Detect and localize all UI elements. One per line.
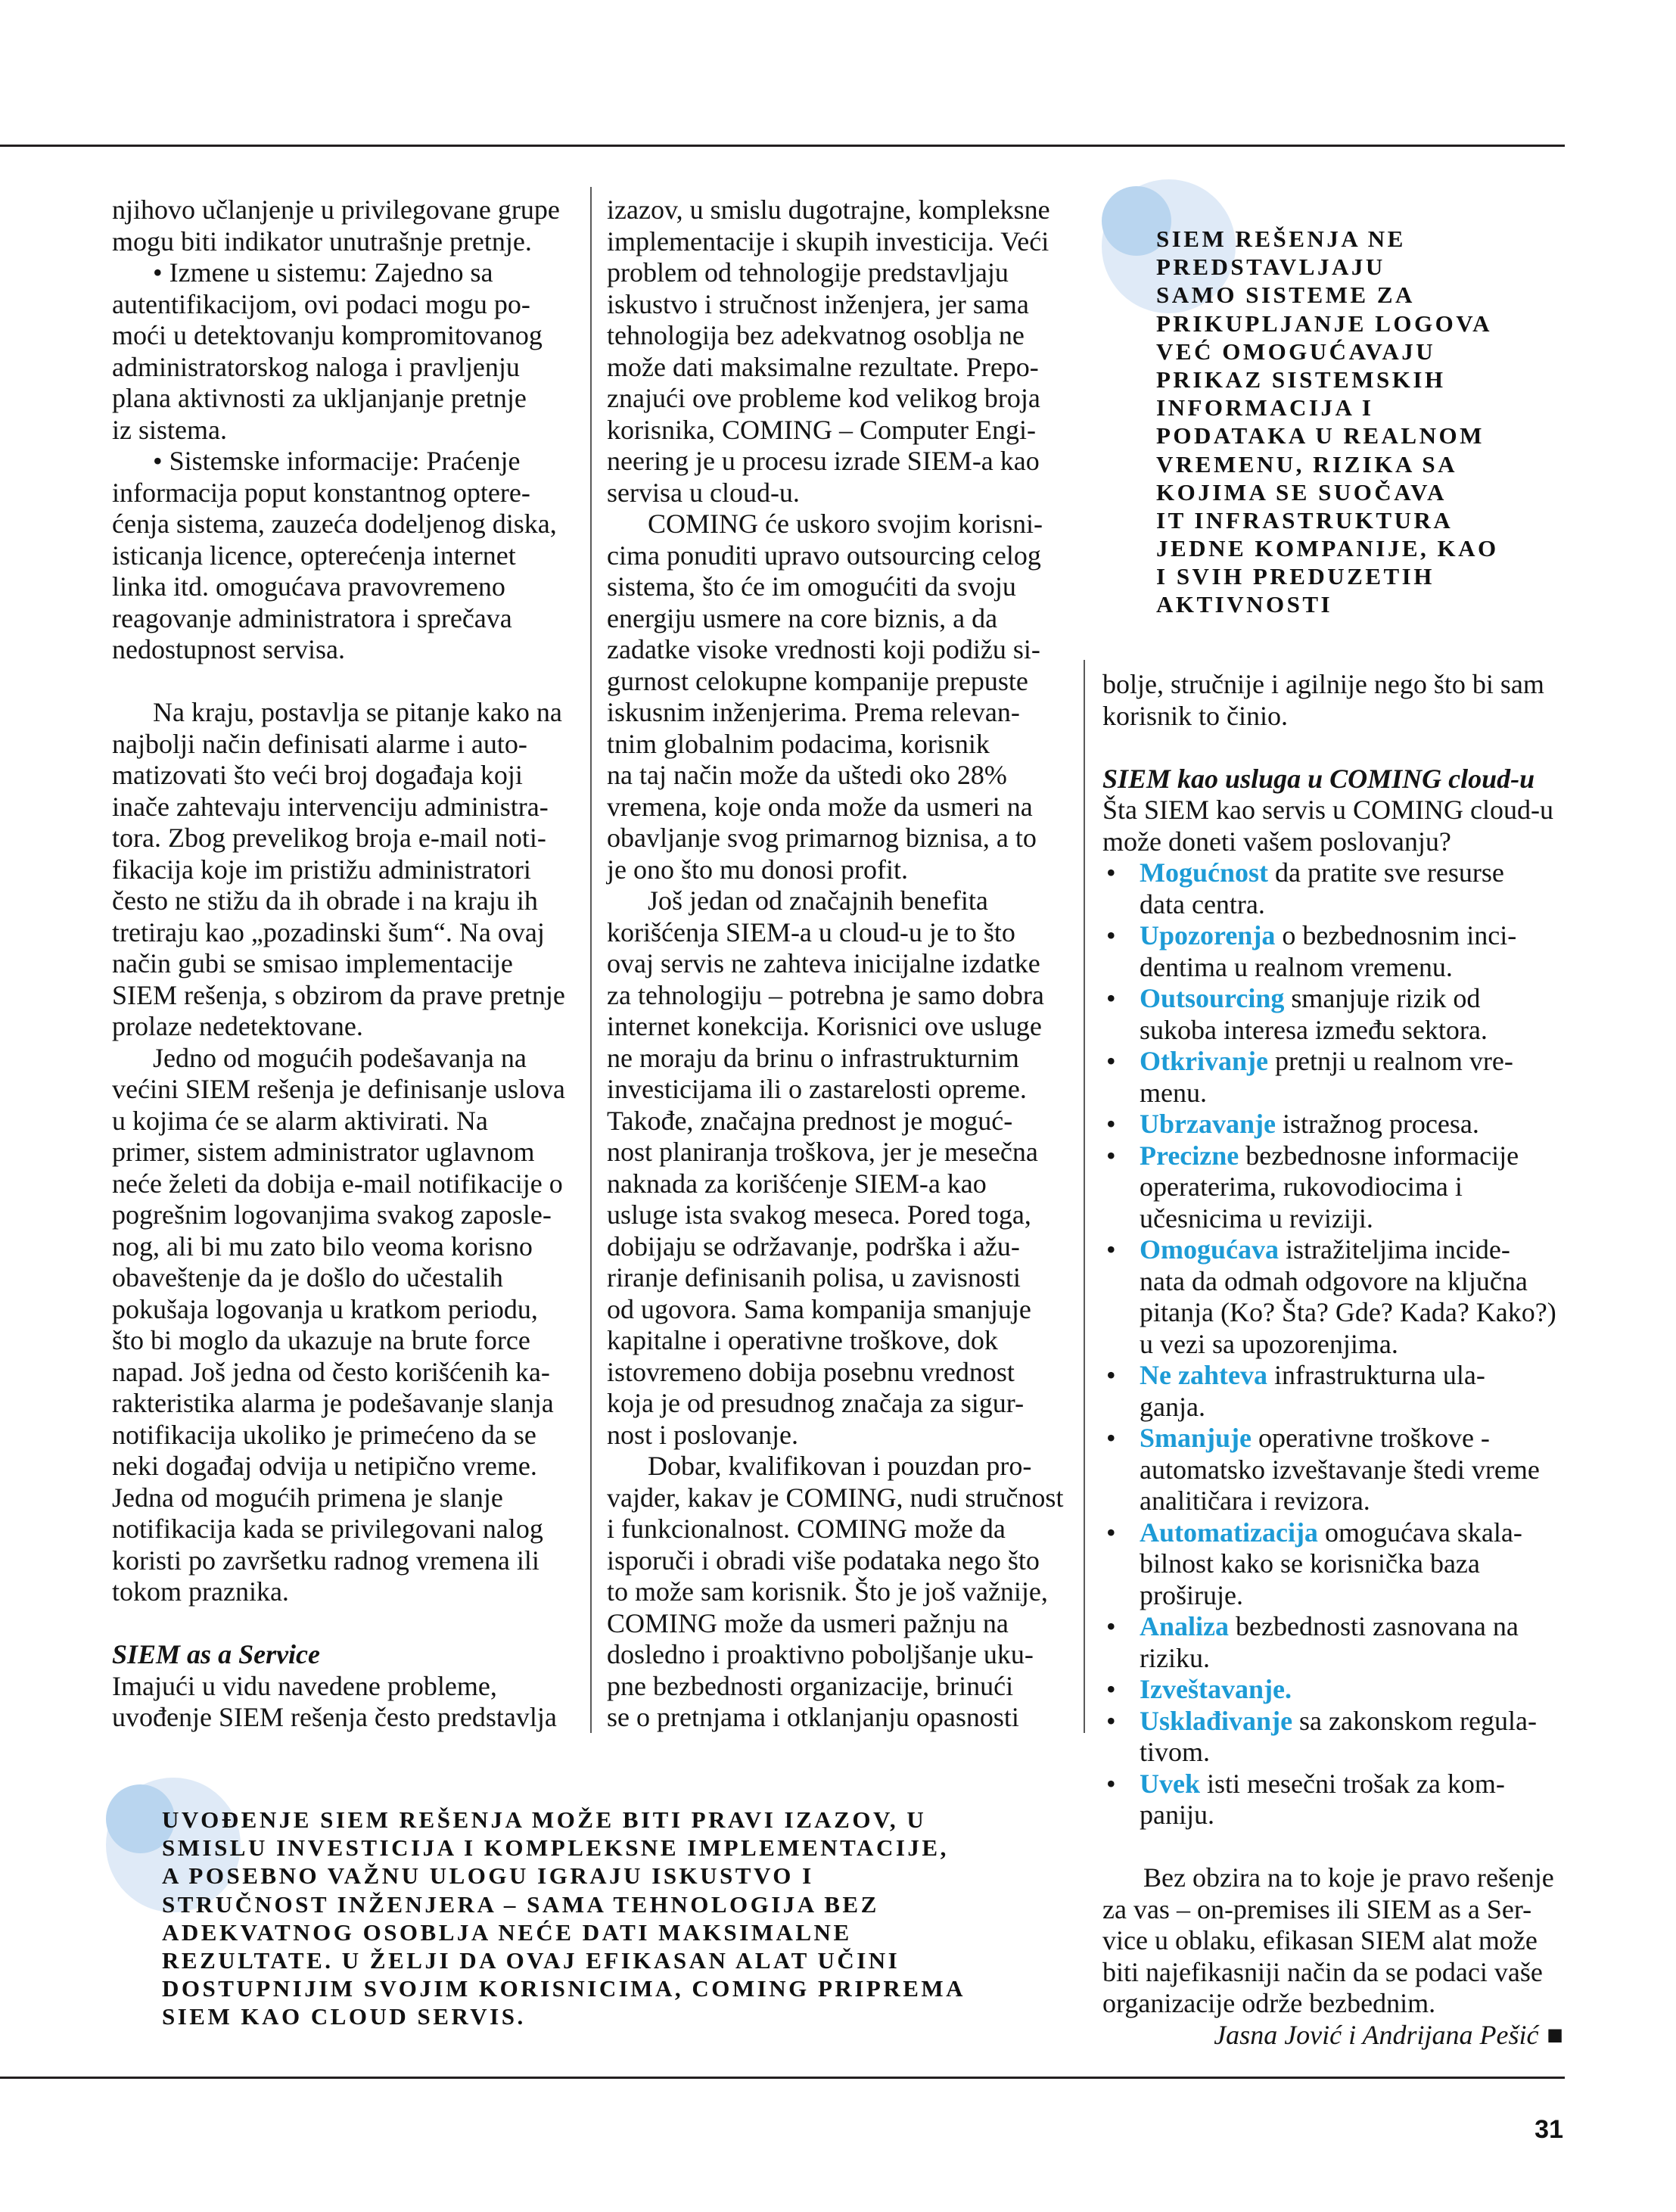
bullet-line: • Sistemske informacije: Praćenje xyxy=(112,446,581,478)
text-line: isporuči i obradi više podataka nego što xyxy=(607,1545,1070,1577)
pull-quote-line: PRIKAZ SISTEMSKIH xyxy=(1156,366,1499,394)
item-continuation: proširuje. xyxy=(1102,1580,1563,1612)
text-line: vajder, kakav je COMING, nudi stručnost xyxy=(607,1482,1070,1514)
item-text: sa zakonskom regula- xyxy=(1299,1706,1537,1736)
bullet-icon: • xyxy=(1102,1423,1140,1454)
text-line: nedostupnost servisa. xyxy=(112,634,581,666)
text-line: implementacije i skupih investicija. Već… xyxy=(607,226,1070,258)
text-line: linka itd. omogućava pravovremeno xyxy=(112,571,581,603)
keyword: Precizne xyxy=(1140,1140,1239,1171)
text-line: zadatke visoke vrednosti koji podižu si- xyxy=(607,634,1070,666)
list-item: •Uvekisti mesečni trošak za kom- xyxy=(1102,1769,1563,1800)
keyword: Ubrzavanje xyxy=(1140,1109,1276,1139)
text-line: istovremeno dobija posebnu vrednost xyxy=(607,1357,1070,1389)
bullet-icon: • xyxy=(1102,1140,1140,1172)
text-line: tnim globalnim podacima, korisnik xyxy=(607,729,1070,761)
text-line: korisnik to činio. xyxy=(1102,701,1563,733)
pull-quote-line: SMISLU INVESTICIJA I KOMPLEKSNE IMPLEMEN… xyxy=(162,1834,965,1862)
text-line: COMING može da usmeri pažnju na xyxy=(607,1608,1070,1640)
keyword: Uvek xyxy=(1140,1769,1200,1799)
blank-line xyxy=(112,666,581,698)
text-line: pogrešnim logovanjima svakog zaposle- xyxy=(112,1199,581,1231)
item-continuation: sukoba interesa između sektora. xyxy=(1102,1015,1563,1047)
item-text: isti mesečni trošak za kom- xyxy=(1207,1769,1505,1799)
text-line: mogu biti indikator unutrašnje pretnje. xyxy=(112,226,581,258)
author-names: Jasna Jović i Andrijana Pešić xyxy=(1214,2020,1538,2050)
keyword: Mogućnost xyxy=(1140,857,1268,888)
item-continuation: menu. xyxy=(1102,1078,1563,1109)
bullet-icon: • xyxy=(1102,1234,1140,1266)
bullet-line: • Izmene u sistemu: Zajedno sa xyxy=(112,257,581,289)
list-item: •Analizabezbednosti zasnovana na xyxy=(1102,1611,1563,1643)
item-text: operativne troškove - xyxy=(1258,1423,1490,1453)
text-line: pne bezbednosti organizacije, brinući xyxy=(607,1671,1070,1703)
column-divider-2 xyxy=(1084,660,1085,1733)
text-line: i funkcionalnost. COMING može da xyxy=(607,1514,1070,1545)
item-text: istražiteljima incide- xyxy=(1286,1234,1510,1265)
text-line: Još jedan od značajnih benefita xyxy=(607,885,1070,917)
text-line: ćenja sistema, zauzeća dodeljenog diska, xyxy=(112,509,581,540)
text-line: najbolji način definisati alarme i auto- xyxy=(112,729,581,761)
keyword: Izveštavanje. xyxy=(1140,1674,1292,1704)
item-continuation: bilnost kako se korisnička baza xyxy=(1102,1548,1563,1580)
text-line: iskusnim inženjerima. Prema relevan- xyxy=(607,697,1070,729)
text-line: informacija poput konstantnog optere- xyxy=(112,478,581,509)
column-2: izazov, u smislu dugotrajne, kompleksne … xyxy=(607,194,1070,1734)
text-line: sistema, što će im omogućiti da svoju xyxy=(607,571,1070,603)
bullet-icon: • xyxy=(1102,983,1140,1015)
text-line: Na kraju, postavlja se pitanje kako na xyxy=(112,697,581,729)
text-line: većini SIEM rešenja je definisanje uslov… xyxy=(112,1074,581,1106)
text-line: dobijaju se održavanje, podrška i ažu- xyxy=(607,1231,1070,1263)
pull-quote-line: PREDSTAVLJAJU xyxy=(1156,253,1499,281)
list-item: •Omogućavaistražiteljima incide- xyxy=(1102,1234,1563,1266)
text-line: izazov, u smislu dugotrajne, kompleksne xyxy=(607,194,1070,226)
text-line: njihovo učlanjenje u privilegovane grupe xyxy=(112,194,581,226)
pull-quote-bottom: UVOĐENJE SIEM REŠENJA MOŽE BITI PRAVI IZ… xyxy=(162,1806,965,2031)
text-line: servisa u cloud-u. xyxy=(607,478,1070,509)
pull-quote-line: SIEM REŠENJA NE xyxy=(1156,225,1499,253)
pull-quote-line: DOSTUPNIJIM SVOJIM KORISNICIMA, COMING P… xyxy=(162,1974,965,2002)
pull-quote-line: REZULTATE. U ŽELJI DA OVAJ EFIKASAN ALAT… xyxy=(162,1946,965,1974)
text-line: način gubi se smisao implementacije xyxy=(112,948,581,980)
list-item: •Ne zahtevainfrastrukturna ula- xyxy=(1102,1360,1563,1392)
text-line: investicijama ili o zastarelosti opreme. xyxy=(607,1074,1070,1106)
column-divider-1 xyxy=(590,187,592,1733)
text-line: Jedno od mogućih podešavanja na xyxy=(112,1043,581,1075)
text-line: inače zahtevaju intervenciju administra- xyxy=(112,792,581,823)
blank-line xyxy=(112,1608,581,1640)
column-1: njihovo učlanjenje u privilegovane grupe… xyxy=(112,194,581,1734)
text-line: internet konekcija. Korisnici ove usluge xyxy=(607,1011,1070,1043)
text-line: energiju usmere na core biznis, a da xyxy=(607,603,1070,635)
pull-quote-line: VEĆ OMOGUĆAVAJU xyxy=(1156,338,1499,366)
pull-quote-line: VREMENU, RIZIKA SA xyxy=(1156,450,1499,478)
text-line: nost i poslovanje. xyxy=(607,1420,1070,1451)
item-continuation: dentima u realnom vremenu. xyxy=(1102,952,1563,984)
text-line: reagovanje administratora i sprečava xyxy=(112,603,581,635)
text-line: kapitalne i operativne troškove, dok xyxy=(607,1325,1070,1357)
text-line: se o pretnjama i otklanjanju opasnosti xyxy=(607,1702,1070,1734)
text-line: ovaj servis ne zahteva inicijalne izdatk… xyxy=(607,948,1070,980)
text-line: tehnologija bez adekvatnog osoblja ne xyxy=(607,320,1070,352)
text-line: neki događaj odvija u netipično vreme. xyxy=(112,1451,581,1482)
pull-quote-line: I SVIH PREDUZETIH xyxy=(1156,562,1499,590)
keyword: Ne zahteva xyxy=(1140,1360,1267,1390)
pull-quote-top: SIEM REŠENJA NE PREDSTAVLJAJU SAMO SISTE… xyxy=(1156,225,1499,619)
text-line: za tehnologiju – potrebna je samo dobra xyxy=(607,980,1070,1012)
item-continuation: riziku. xyxy=(1102,1643,1563,1675)
item-continuation: automatsko izveštavanje štedi vreme xyxy=(1102,1454,1563,1486)
item-continuation: analitičara i revizora. xyxy=(1102,1486,1563,1517)
text-line: je ono što mu donosi profit. xyxy=(607,854,1070,886)
bottom-rule xyxy=(0,2077,1565,2079)
text-line: Bez obzira na to koje je pravo rešenje xyxy=(1102,1862,1563,1894)
text-line: obavljanje svog primarnog biznisa, a to xyxy=(607,823,1070,854)
item-text: o bezbednosnim inci- xyxy=(1282,920,1516,950)
bullet-icon: • xyxy=(1102,1611,1140,1643)
bullet-icon: • xyxy=(1102,1769,1140,1800)
text-line: SIEM rešenja, s obzirom da prave pretnje xyxy=(112,980,581,1012)
text-line: tretiraju kao „pozadinski šum“. Na ovaj xyxy=(112,917,581,949)
bullet-icon: • xyxy=(1102,1517,1140,1549)
text-line: COMING će uskoro svojim korisni- xyxy=(607,509,1070,540)
bullet-icon: • xyxy=(1102,857,1140,889)
author-signature: Jasna Jović i Andrijana Pešić■ xyxy=(1102,2020,1563,2052)
list-item: •Ubrzavanjeistražnog procesa. xyxy=(1102,1109,1563,1140)
item-text: omogućava skala- xyxy=(1325,1517,1522,1548)
pull-quote-line: KOJIMA SE SUOČAVA xyxy=(1156,478,1499,506)
text-line: bolje, stručnije i agilnije nego što bi … xyxy=(1102,669,1563,701)
text-line: autentifikacijom, ovi podaci mogu po- xyxy=(112,289,581,321)
text-line: matizovati što veći broj događaja koji xyxy=(112,760,581,792)
text-line: tokom praznika. xyxy=(112,1576,581,1608)
item-continuation: pitanja (Ko? Šta? Gde? Kada? Kako?) xyxy=(1102,1297,1563,1329)
text-line: često ne stižu da ih obrade i na kraju i… xyxy=(112,885,581,917)
pull-quote-line: ADEKVATNOG OSOBLJA NEĆE DATI MAKSIMALNE xyxy=(162,1918,965,1946)
list-item: •Automatizacijaomogućava skala- xyxy=(1102,1517,1563,1549)
bullet-icon: • xyxy=(1102,1046,1140,1078)
bullet-icon: • xyxy=(1102,1674,1140,1706)
item-text: infrastrukturna ula- xyxy=(1274,1360,1485,1390)
item-continuation: učesnicima u reviziji. xyxy=(1102,1203,1563,1235)
top-rule xyxy=(0,145,1565,147)
item-text: istražnog procesa. xyxy=(1283,1109,1479,1139)
text-line: obaveštenje da je došlo do učestalih xyxy=(112,1262,581,1294)
text-line: znajući ove probleme kod velikog broja xyxy=(607,383,1070,415)
text-line: prolaze nedetektovane. xyxy=(112,1011,581,1043)
text-line: notifikacija ukoliko je primećeno da se xyxy=(112,1420,581,1451)
list-item: •Mogućnostda pratite sve resurse xyxy=(1102,857,1563,889)
keyword: Automatizacija xyxy=(1140,1517,1318,1548)
item-continuation: nata da odmah odgovore na ključna xyxy=(1102,1266,1563,1298)
text-line: koristi po završetku radnog vremena ili xyxy=(112,1545,581,1577)
text-line: napad. Još jedna od često korišćenih ka- xyxy=(112,1357,581,1389)
bullet-icon: • xyxy=(1102,920,1140,952)
text-line: može dati maksimalne rezultate. Prepo- xyxy=(607,352,1070,384)
pull-quote-line: AKTIVNOSTI xyxy=(1156,590,1499,618)
text-line: neće želeti da dobija e-mail notifikacij… xyxy=(112,1168,581,1200)
text-line: dosledno i proaktivno poboljšanje uku- xyxy=(607,1639,1070,1671)
bullet-icon: • xyxy=(1102,1706,1140,1738)
text-line: Jedna od mogućih primena je slanje xyxy=(112,1482,581,1514)
keyword: Outsourcing xyxy=(1140,983,1284,1013)
keyword: Omogućava xyxy=(1140,1234,1279,1265)
text-line: korisnika, COMING – Computer Engi- xyxy=(607,415,1070,446)
text-line: usluge ista svakog meseca. Pored toga, xyxy=(607,1199,1070,1231)
list-item: •Smanjujeoperativne troškove - xyxy=(1102,1423,1563,1454)
keyword: Analiza xyxy=(1140,1611,1229,1641)
text-line: notifikacija kada se privilegovani nalog xyxy=(112,1514,581,1545)
text-line: od ugovora. Sama kompanija smanjuje xyxy=(607,1294,1070,1326)
text-line: to može sam korisnik. Što je još važnije… xyxy=(607,1576,1070,1608)
text-line: u kojima će se alarm aktivirati. Na xyxy=(112,1106,581,1137)
pull-quote-line: PRIKUPLJANJE LOGOVA xyxy=(1156,310,1499,338)
bullet-icon: • xyxy=(1102,1360,1140,1392)
pull-quote-line: UVOĐENJE SIEM REŠENJA MOŽE BITI PRAVI IZ… xyxy=(162,1806,965,1834)
item-continuation: ganja. xyxy=(1102,1392,1563,1423)
text-line: za vas – on-premises ili SIEM as a Ser- xyxy=(1102,1894,1563,1926)
text-line: riranje definisanih polisa, u zavisnosti xyxy=(607,1262,1070,1294)
item-text: bezbednosti zasnovana na xyxy=(1236,1611,1519,1641)
item-continuation: operaterima, rukovodiocima i xyxy=(1102,1171,1563,1203)
item-continuation: paniju. xyxy=(1102,1800,1563,1831)
text-line: nost planiranja troškova, jer je mesečna xyxy=(607,1137,1070,1168)
text-line: moći u detektovanju kompromitovanog xyxy=(112,320,581,352)
item-text: bezbednosne informacije xyxy=(1245,1140,1519,1171)
list-item: •Izveštavanje. xyxy=(1102,1674,1563,1706)
text-line: Dobar, kvalifikovan i pouzdan pro- xyxy=(607,1451,1070,1482)
text-line: može doneti vašem poslovanju? xyxy=(1102,826,1563,858)
text-line: biti najefikasniji način da se podaci va… xyxy=(1102,1957,1563,1989)
text-line: plana aktivnosti za ukljanjanje pretnje xyxy=(112,383,581,415)
blank-line xyxy=(1102,732,1563,764)
text-line: iskustvo i stručnost inženjera, jer sama xyxy=(607,289,1070,321)
text-line: rakteristika alarma je podešavanje slanj… xyxy=(112,1388,581,1420)
text-line: što bi moglo da ukazuje na brute force xyxy=(112,1325,581,1357)
section-heading: SIEM as a Service xyxy=(112,1639,581,1671)
text-line: problem od tehnologije predstavljaju xyxy=(607,257,1070,289)
pull-quote-line: SAMO SISTEME ZA xyxy=(1156,281,1499,309)
text-line: koja je od presudnog značaja za sigur- xyxy=(607,1388,1070,1420)
text-line: nog, ali bi mu zato bilo veoma korisno xyxy=(112,1231,581,1263)
text-line: gurnost celokupne kompanije prepuste xyxy=(607,666,1070,698)
text-line: Šta SIEM kao servis u COMING cloud-u xyxy=(1102,795,1563,826)
text-line: Imajući u vidu navedene probleme, xyxy=(112,1671,581,1703)
text-line: ne moraju da brinu o infrastrukturnim xyxy=(607,1043,1070,1075)
pull-quote-line: IT INFRASTRUKTURA xyxy=(1156,506,1499,534)
text-line: na taj način može da uštedi oko 28% xyxy=(607,760,1070,792)
blank-line xyxy=(1102,1831,1563,1863)
text-line: administratorskog naloga i pravljenju xyxy=(112,352,581,384)
pull-quote-line: STRUČNOST INŽENJERA – SAMA TEHNOLOGIJA B… xyxy=(162,1890,965,1918)
list-item: •Outsourcingsmanjuje rizik od xyxy=(1102,983,1563,1015)
text-line: vremena, koje onda može da usmeri na xyxy=(607,792,1070,823)
bullet-icon: • xyxy=(1102,1109,1140,1140)
page-number: 31 xyxy=(1535,2117,1563,2142)
item-continuation: data centra. xyxy=(1102,889,1563,921)
keyword: Usklađivanje xyxy=(1140,1706,1292,1736)
column-3: bolje, stručnije i agilnije nego što bi … xyxy=(1102,669,1563,2051)
text-line: isticanja licence, opterećenja internet xyxy=(112,540,581,572)
text-line: Takođe, značajna prednost je moguć- xyxy=(607,1106,1070,1137)
text-line: pokušaja logovanja u kratkom periodu, xyxy=(112,1294,581,1326)
pull-quote-line: INFORMACIJA I xyxy=(1156,394,1499,422)
text-line: vice u oblaku, efikasan SIEM alat može xyxy=(1102,1925,1563,1957)
text-line: uvođenje SIEM rešenja često predstavlja xyxy=(112,1702,581,1734)
text-line: naknada za korišćenje SIEM-a kao xyxy=(607,1168,1070,1200)
keyword: Upozorenja xyxy=(1140,920,1275,950)
benefits-list: •Mogućnostda pratite sve resurse data ce… xyxy=(1102,857,1563,1831)
list-item: •Otkrivanjepretnji u realnom vre- xyxy=(1102,1046,1563,1078)
text-line: fikacija koje im pristižu administratori xyxy=(112,854,581,886)
text-line: korišćenja SIEM-a u cloud-u je to što xyxy=(607,917,1070,949)
item-text: da pratite sve resurse xyxy=(1275,857,1504,888)
pull-quote-line: SIEM KAO CLOUD SERVIS. xyxy=(162,2002,965,2030)
text-line: cima ponuditi upravo outsourcing celog xyxy=(607,540,1070,572)
item-continuation: tivom. xyxy=(1102,1737,1563,1769)
text-line: organizacije održe bezbednim. xyxy=(1102,1988,1563,2020)
section-heading: SIEM kao usluga u COMING cloud-u xyxy=(1102,764,1563,795)
pull-quote-line: A POSEBNO VAŽNU ULOGU IGRAJU ISKUSTVO I xyxy=(162,1862,965,1890)
text-line: iz sistema. xyxy=(112,415,581,446)
keyword: Otkrivanje xyxy=(1140,1046,1268,1076)
list-item: •Upozorenjao bezbednosnim inci- xyxy=(1102,920,1563,952)
text-line: neering je u procesu izrade SIEM-a kao xyxy=(607,446,1070,478)
item-text: smanjuje rizik od xyxy=(1291,983,1480,1013)
pull-quote-line: PODATAKA U REALNOM xyxy=(1156,422,1499,450)
list-item: •Usklađivanjesa zakonskom regula- xyxy=(1102,1706,1563,1738)
pull-quote-line: JEDNE KOMPANIJE, KAO xyxy=(1156,534,1499,562)
end-mark-icon: ■ xyxy=(1547,2020,1563,2050)
text-line: primer, sistem administrator uglavnom xyxy=(112,1137,581,1168)
list-item: •Preciznebezbednosne informacije xyxy=(1102,1140,1563,1172)
item-continuation: u vezi sa upozorenjima. xyxy=(1102,1329,1563,1361)
item-text: pretnji u realnom vre- xyxy=(1275,1046,1513,1076)
text-line: tora. Zbog prevelikog broja e-mail noti- xyxy=(112,823,581,854)
keyword: Smanjuje xyxy=(1140,1423,1252,1453)
magazine-page: njihovo učlanjenje u privilegovane grupe… xyxy=(0,0,1676,2212)
